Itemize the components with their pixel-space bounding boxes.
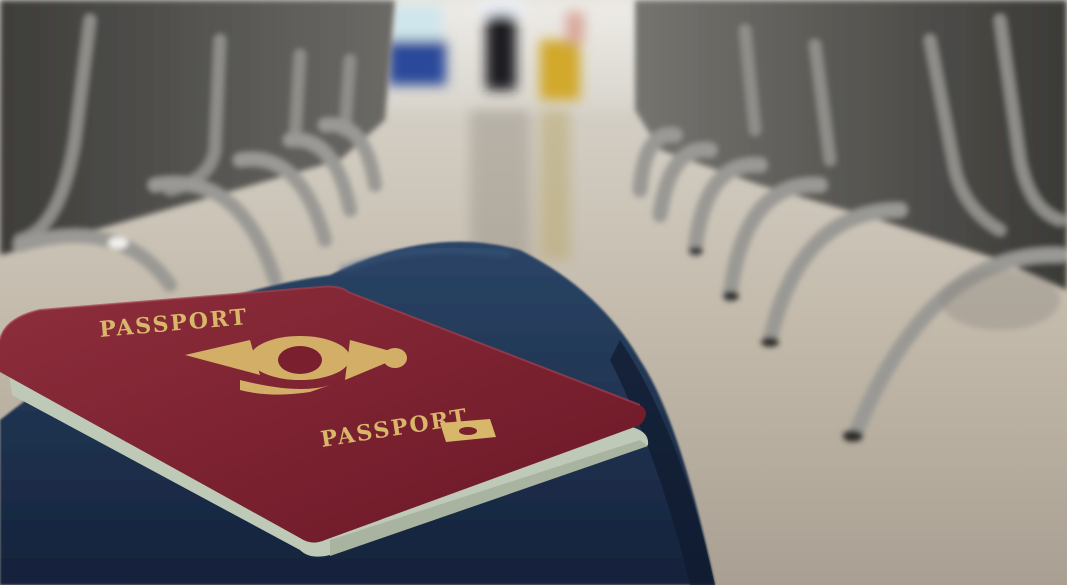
photo-scene: PASSPORT PASSPORT Burgundy passport rest… xyxy=(0,0,1067,585)
photo-illustration: PASSPORT PASSPORT xyxy=(0,0,1067,585)
